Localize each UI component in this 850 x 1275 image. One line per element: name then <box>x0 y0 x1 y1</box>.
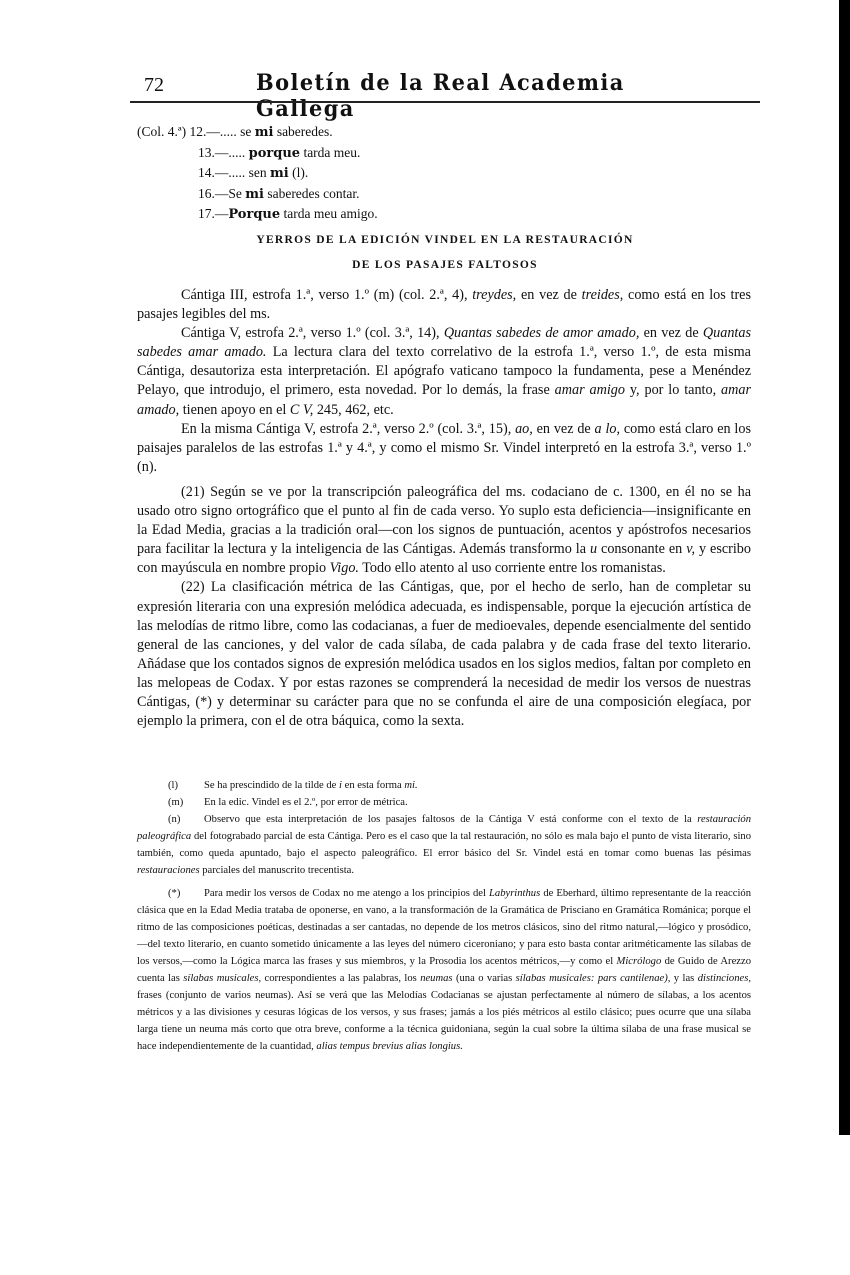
note-marker: (22) <box>181 579 205 595</box>
page-number: 72 <box>144 74 164 97</box>
section-title-line-1: YERROS DE LA EDICIÓN VINDEL EN LA RESTAU… <box>130 234 760 246</box>
note-22: (22) La clasificación métrica de las Cán… <box>137 578 751 731</box>
footnote-marker: (*) <box>168 885 204 902</box>
verse-line: 14.—..... sen mi (l). <box>137 163 378 184</box>
footnote-marker: (n) <box>168 811 204 828</box>
note-marker: (21) <box>181 484 205 500</box>
verse-list: (Col. 4.ª) 12.—..... se mi saberedes. 13… <box>137 122 378 225</box>
verse-line: (Col. 4.ª) 12.—..... se mi saberedes. <box>137 122 378 143</box>
verse-line: 13.—..... porque tarda meu. <box>137 143 378 164</box>
footnote-star: (*)Para medir los versos de Codax no me … <box>137 885 751 1055</box>
paragraph-cantiga-v-a: Cántiga V, estrofa 2.ª, verso 1.º (col. … <box>137 324 751 419</box>
header-rule <box>130 101 760 103</box>
footnote-marker: (m) <box>168 794 204 811</box>
footnote-m: (m)En la edic. Vindel es el 2.º, por err… <box>137 794 751 811</box>
footnote-marker: (l) <box>168 777 204 794</box>
paragraph-cantiga-iii: Cántiga III, estrofa 1.ª, verso 1.º (m) … <box>137 286 751 324</box>
section-title-line-2: DE LOS PASAJES FALTOSOS <box>130 259 760 271</box>
footnote-n: (n)Observo que esta interpretación de lo… <box>137 811 751 879</box>
paragraph-cantiga-v-b: En la misma Cántiga V, estrofa 2.ª, vers… <box>137 420 751 477</box>
verse-line: 16.—Se mi saberedes contar. <box>137 184 378 205</box>
running-title: Boletín de la Real Academia Gallega <box>256 70 731 122</box>
footnotes: (l)Se ha prescindido de la tilde de i en… <box>137 777 751 1055</box>
note-21: (21) Según se ve por la transcripción pa… <box>137 483 751 578</box>
page-header: 72 Boletín de la Real Academia Gallega <box>136 70 756 100</box>
verse-line: 17.—Porque tarda meu amigo. <box>137 204 378 225</box>
body-text: Cántiga III, estrofa 1.ª, verso 1.º (m) … <box>137 286 751 731</box>
footnote-l: (l)Se ha prescindido de la tilde de i en… <box>137 777 751 794</box>
scan-edge-artifact <box>839 0 850 1135</box>
